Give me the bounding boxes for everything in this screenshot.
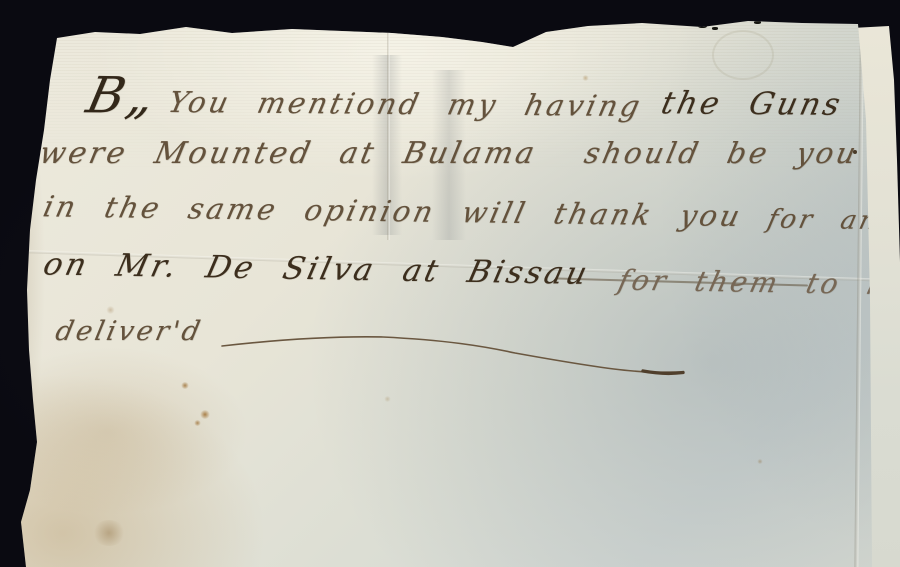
torn-edge-speck xyxy=(754,21,761,24)
letter-paper: B„ You mentiond my having the Guns that … xyxy=(0,0,900,567)
torn-edge-speck xyxy=(712,27,718,30)
torn-edge-speck xyxy=(698,24,707,28)
letter-line: were Mounted at Bulama should be you rem… xyxy=(40,136,900,171)
stain-smudge xyxy=(92,520,126,546)
handwriting-text: You mentiond my having xyxy=(165,85,646,123)
stain-spot xyxy=(200,410,210,419)
letter-line: on Mr. De Silva at Bissau for them to be xyxy=(44,246,900,301)
stain-spot xyxy=(181,382,189,389)
handwriting-text: should be you remain xyxy=(581,136,900,170)
handwriting-text: deliver'd xyxy=(53,316,206,347)
letter-line: deliver'd xyxy=(56,316,202,347)
handwriting-initial: B„ xyxy=(82,70,162,121)
stain-spot xyxy=(194,420,201,426)
letter-line: B„ You mentiond my having the Guns that xyxy=(88,70,900,127)
handwriting-text: on Mr. De Silva at Bissau xyxy=(40,247,593,292)
flourish-line xyxy=(215,330,705,385)
letter-line: in the same opinion will thank you for a… xyxy=(44,189,900,237)
stain-spot xyxy=(757,459,763,464)
watermark-circle xyxy=(712,30,774,80)
stain-spot xyxy=(384,396,391,402)
handwriting-text: were Mounted at Bulama xyxy=(36,136,540,171)
handwriting-text: in the same opinion will thank you xyxy=(40,189,746,233)
photo-background: B„ You mentiond my having the Guns that … xyxy=(0,0,900,567)
stain-spot xyxy=(106,306,115,314)
handwriting-text: for them to be xyxy=(615,264,900,302)
